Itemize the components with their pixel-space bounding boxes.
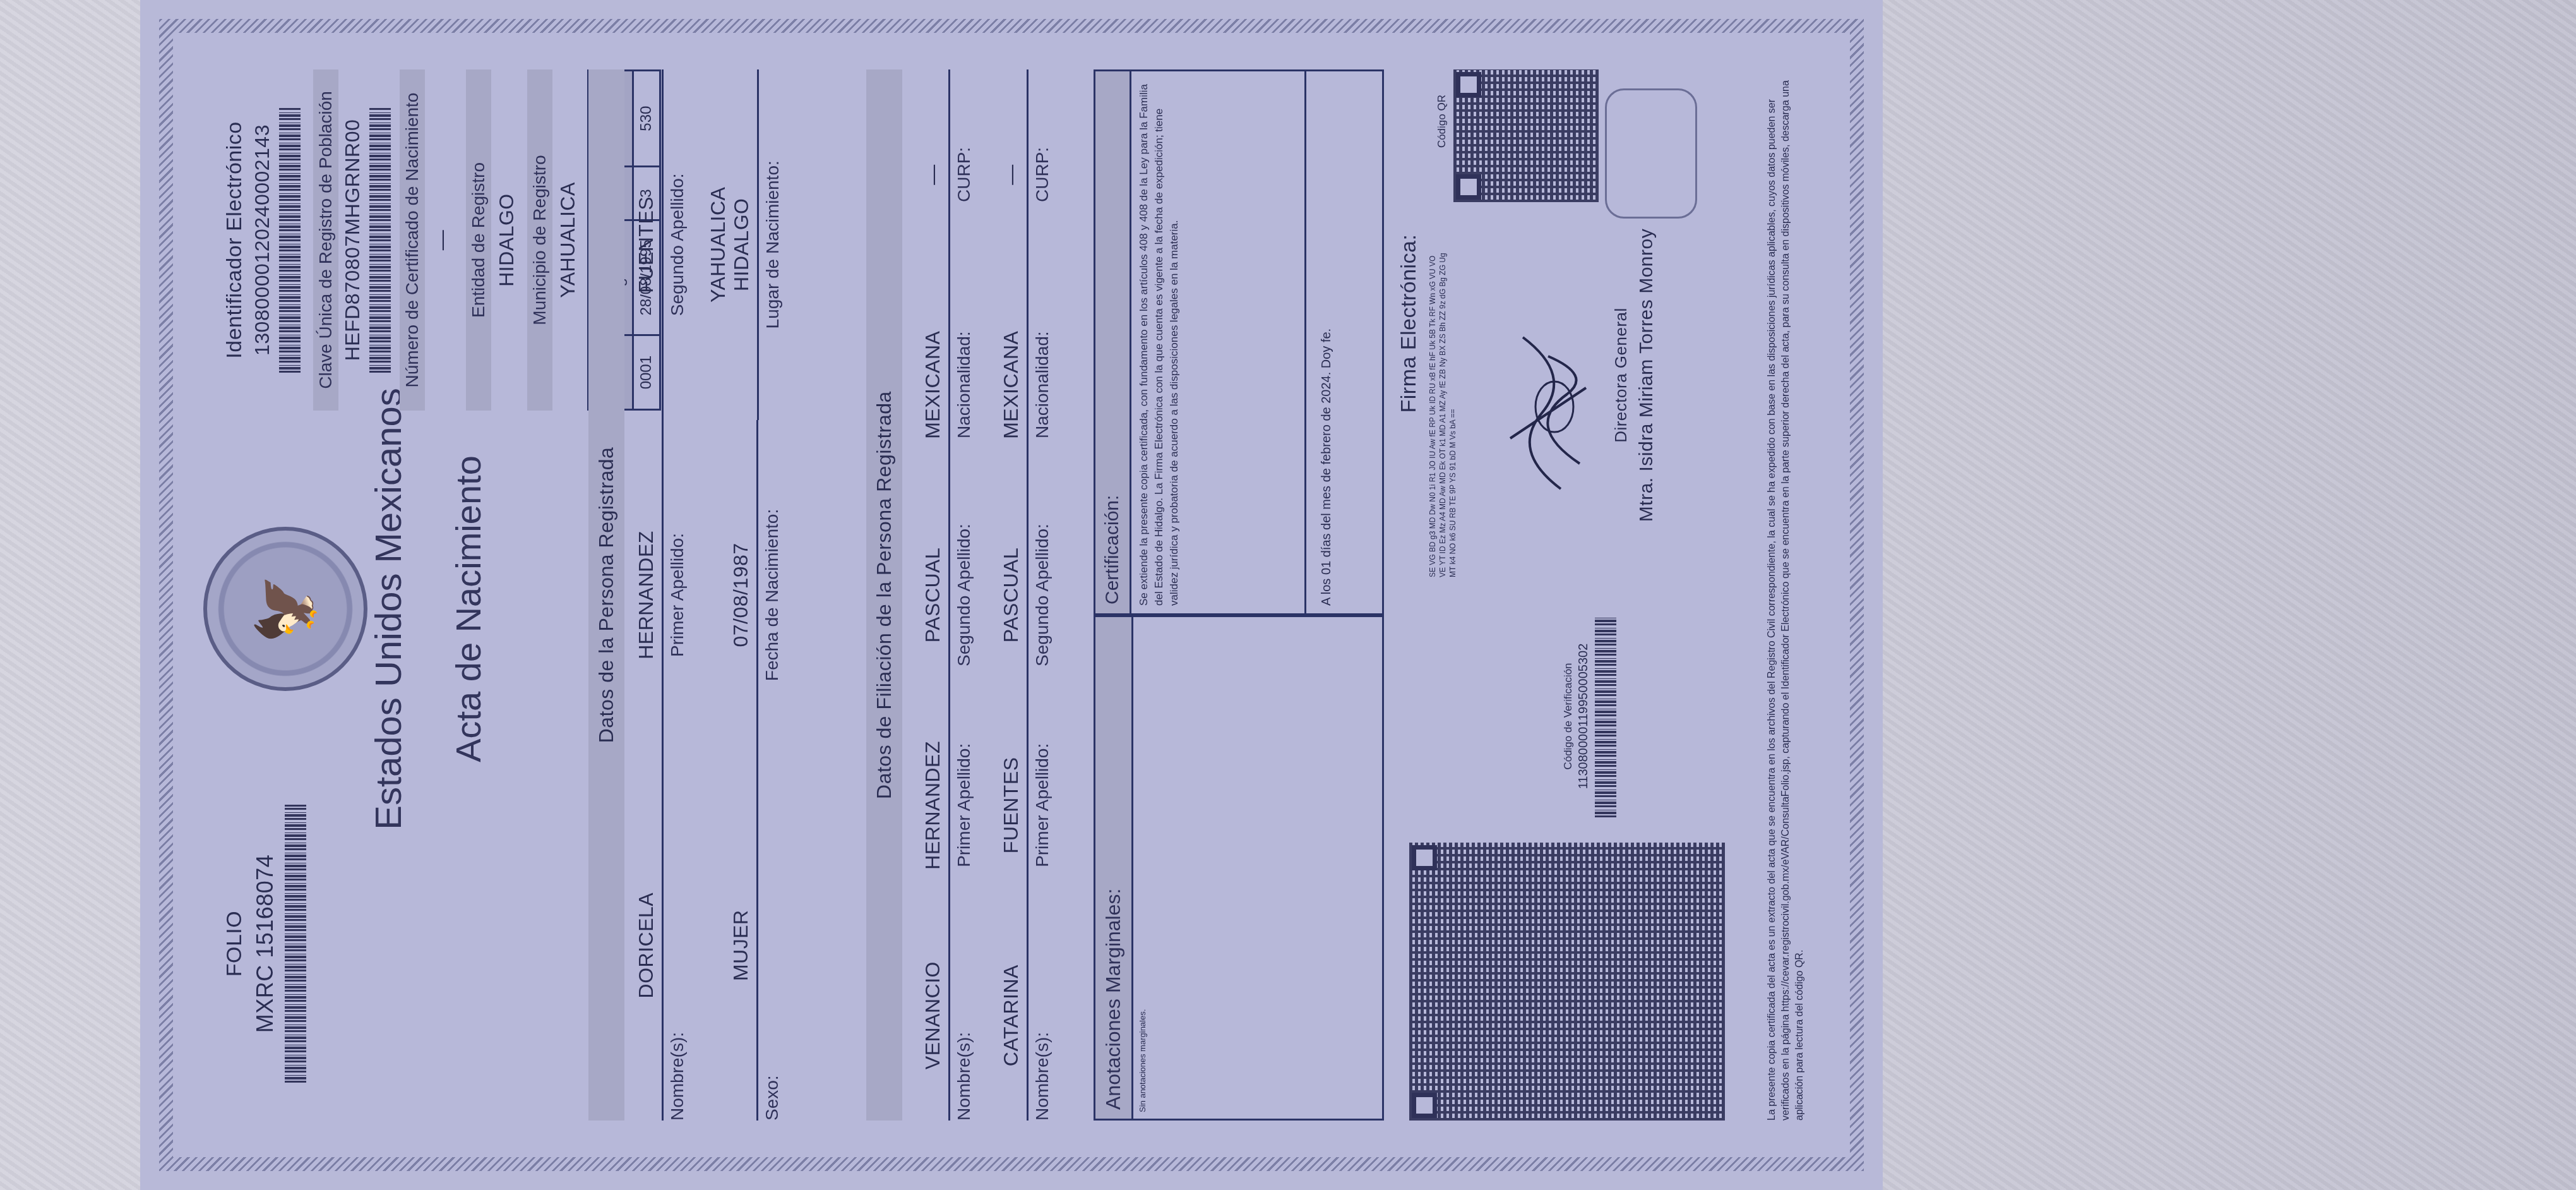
persona-sexo-label: Sexo:	[762, 770, 782, 1121]
firma-cargo: Directora General	[1611, 173, 1631, 577]
verificacion-value: 113080000119950005302	[1576, 615, 1591, 817]
persona-details-row: MUJER Sexo: 07/08/1987 Fecha de Nacimien…	[707, 69, 783, 1121]
curp-value: HEFD870807MHGRNR00	[341, 69, 364, 411]
folio-value: MXRC 15168074	[252, 779, 278, 1108]
verificacion-label: Código de Verificación	[1561, 615, 1576, 817]
madre-nombre: CATARINA	[999, 910, 1023, 1121]
entidad-label: Entidad de Registro	[466, 69, 491, 411]
persona-nombre: DORICELA	[635, 770, 658, 1121]
padre-nacionalidad: MEXICANA	[921, 280, 945, 490]
identificador-label: Identificador Electrónico	[222, 69, 247, 411]
mexican-coat-of-arms-icon: 🦅	[203, 527, 367, 691]
madre-segundo-apellido-label: Segundo Apellido:	[1032, 490, 1052, 700]
certificado-value: —	[430, 69, 453, 411]
curp-label: Clave Única de Registro de Población	[313, 69, 338, 411]
persona-segundo-apellido-label: Segundo Apellido:	[667, 69, 688, 420]
emblem-block: 🦅	[203, 527, 367, 691]
municipio-value: YAHUALICA	[556, 69, 580, 411]
madre-nombre-label: Nombre(s):	[1032, 910, 1052, 1121]
large-qr-code[interactable]	[1409, 843, 1725, 1121]
birth-certificate-document: FOLIO MXRC 15168074 🦅 Estados Unidos Mex…	[140, 0, 1883, 1190]
anotaciones-text: Sin anotaciones marginales.	[1133, 617, 1152, 1119]
document-paper: FOLIO MXRC 15168074 🦅 Estados Unidos Mex…	[159, 19, 1864, 1171]
verificacion-barcode	[1595, 615, 1616, 817]
persona-sexo: MUJER	[729, 770, 753, 1121]
certificacion-text: Se extiende la presente copia certificad…	[1131, 71, 1187, 613]
madre-curp: —	[999, 69, 1023, 280]
identificador-barcode	[279, 107, 301, 373]
persona-segundo-apellido: FUENTES	[635, 69, 658, 420]
madre-primer-apellido-label: Primer Apellido:	[1032, 700, 1052, 910]
identificador-value: 13080000120240002143	[251, 69, 274, 411]
padre-segundo-apellido: PASCUAL	[921, 490, 945, 700]
persona-fecha-nacimiento: 07/08/1987	[729, 420, 753, 771]
madre-nacionalidad-label: Nacionalidad:	[1032, 280, 1052, 490]
certificado-label: Número de Certificado de Nacimiento	[400, 69, 425, 411]
persona-nombre-label: Nombre(s):	[667, 770, 688, 1121]
signature-icon	[1485, 325, 1599, 502]
padre-primer-apellido: HERNANDEZ	[921, 700, 945, 910]
municipio-label: Municipio de Registro	[527, 69, 552, 411]
firma-block: Firma Electrónica: SE VG BD g3 MD Dw N0 …	[1397, 69, 1458, 577]
persona-primer-apellido: HERNANDEZ	[635, 420, 658, 771]
firma-nombre: Mtra. Isidra Miriam Torres Monroy	[1636, 173, 1657, 577]
padre-curp: —	[921, 69, 945, 280]
folio-label: FOLIO	[222, 779, 247, 1108]
padre-nombre-label: Nombre(s):	[954, 910, 974, 1121]
padre-segundo-apellido-label: Segundo Apellido:	[954, 490, 974, 700]
madre-nacionalidad: MEXICANA	[999, 280, 1023, 490]
certificacion-fecha: A los 01 días del mes de febrero de 2024…	[1306, 71, 1347, 613]
madre-curp-label: CURP:	[1032, 69, 1052, 280]
madre-segundo-apellido: PASCUAL	[999, 490, 1023, 700]
verificacion-block: Código de Verificación 11308000011995000…	[1561, 615, 1616, 817]
footer-legal-text: La presente copia certificada del acta e…	[1765, 69, 1807, 1121]
padre-nacionalidad-label: Nacionalidad:	[954, 280, 974, 490]
qr-label: Código QR	[1434, 95, 1450, 148]
folio-block: FOLIO MXRC 15168074	[222, 779, 306, 1108]
persona-lugar-estado: HIDALGO	[730, 69, 753, 420]
certificacion-title: Certificación:	[1095, 71, 1131, 613]
anotaciones-title: Anotaciones Marginales:	[1095, 617, 1133, 1119]
persona-section-title: Datos de la Persona Registrada	[588, 69, 624, 1121]
persona-name-row: DORICELA Nombre(s): HERNANDEZ Primer Ape…	[635, 69, 688, 1121]
curp-barcode	[369, 107, 391, 373]
seal-stamp	[1605, 88, 1697, 219]
padre-curp-label: CURP:	[954, 69, 974, 280]
persona-section: Datos de la Persona Registrada DORICELA …	[588, 69, 783, 1121]
firma-hash: SE VG BD g3 MD Dw N0 1i R1 JO IU Aw fE R…	[1428, 249, 1458, 577]
entidad-value: HIDALGO	[495, 69, 518, 411]
persona-lugar-label: Lugar de Nacimiento:	[763, 69, 783, 420]
anotaciones-box: Anotaciones Marginales: Sin anotaciones …	[1094, 615, 1384, 1121]
folio-barcode	[285, 805, 306, 1083]
madre-row: CATARINANombre(s): FUENTESPrimer Apellid…	[999, 69, 1052, 1121]
padre-nombre: VENANCIO	[921, 910, 945, 1121]
filiacion-section-title: Datos de Filiación de la Persona Registr…	[866, 69, 902, 1121]
filiacion-section: Datos de Filiación de la Persona Registr…	[866, 69, 1052, 1121]
certificacion-box: Certificación: Se extiende la presente c…	[1094, 69, 1384, 615]
madre-primer-apellido: FUENTES	[999, 700, 1023, 910]
firma-title: Firma Electrónica:	[1397, 69, 1421, 577]
persona-primer-apellido-label: Primer Apellido:	[667, 420, 688, 771]
persona-fecha-nacimiento-label: Fecha de Nacimiento:	[762, 420, 782, 771]
padre-row: VENANCIONombre(s): HERNANDEZPrimer Apell…	[921, 69, 974, 1121]
padre-primer-apellido-label: Primer Apellido:	[954, 700, 974, 910]
persona-lugar-municipio: YAHUALICA	[707, 69, 730, 420]
small-qr-code[interactable]	[1453, 69, 1599, 202]
